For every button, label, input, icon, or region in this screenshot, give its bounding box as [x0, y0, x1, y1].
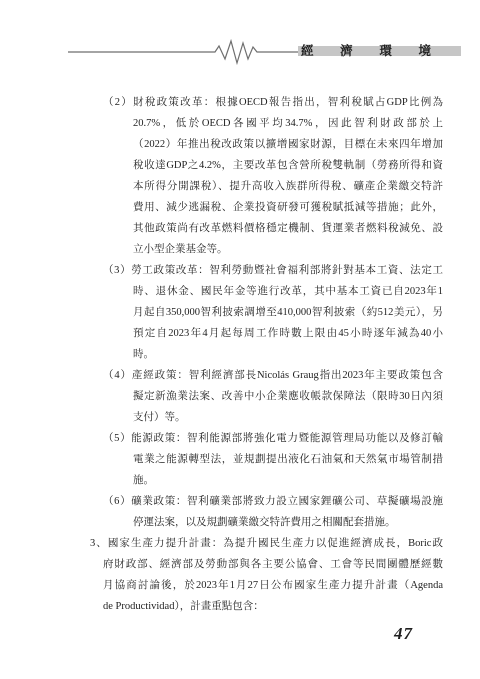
text-line: 施。 [68, 470, 443, 491]
text-line: 費用、減少逃漏稅、企業投資研發可獲稅賦抵減等措施；此外， [68, 197, 443, 218]
text-line: 本所得分開課稅）、提升高收入族群所得稅、礦產企業繳交特許 [68, 176, 443, 197]
text-line: 停運法案，以及規劃礦業繳交特許費用之相關配套措施。 [68, 512, 443, 533]
section-title-char: 濟 [340, 46, 353, 56]
document-page: 經 濟 環 境 （2）財稅政策改革：根據OECD報告指出，智利稅賦占GDP比例為… [0, 0, 480, 679]
text-line: （4）產經政策：智利經濟部長Nicolás Graug指出2023年主要政策包含 [68, 365, 443, 386]
text-line: 時、退休金、國民年金等進行改革，其中基本工資已自2023年1 [68, 281, 443, 302]
text-line: 其他政策尚有改革燃料價格穩定機制、貨運業者燃料稅減免、設 [68, 218, 443, 239]
section-title-char: 境 [418, 46, 431, 56]
text-line: de Productividad），計畫重點包含： [68, 596, 443, 617]
text-line: 3、國家生產力提升計畫：為提升國民生產力以促進經濟成長，Boric政 [68, 533, 443, 554]
section-title-char: 經 [301, 46, 314, 56]
text-line: 立小型企業基金等。 [68, 239, 443, 260]
text-line: 20.7%，低於OECD各國平均34.7%，因此智利財政部於上 [68, 113, 443, 134]
text-line: （2）財稅政策改革：根據OECD報告指出，智利稅賦占GDP比例為 [68, 92, 443, 113]
section-title-bar: 經 濟 環 境 [298, 46, 461, 56]
text-line: 支付）等。 [68, 407, 443, 428]
text-line: （5）能源政策：智利能源部將強化電力暨能源管理局功能以及修訂輸 [68, 428, 443, 449]
text-line: 擬定新漁業法案、改善中小企業應收帳款保障法（限時30日內須 [68, 386, 443, 407]
text-line: 稅收達GDP之4.2%，主要改革包含營所稅雙軌制（勞務所得和資 [68, 155, 443, 176]
text-line: （2022）年推出稅改政策以擴增國家財源，目標在未來四年增加 [68, 134, 443, 155]
section-title-char: 環 [379, 46, 392, 56]
header-rule-waveform-icon [68, 38, 300, 66]
text-line: 月起自350,000智利披索調增至410,000智利披索（約512美元），另 [68, 302, 443, 323]
text-line: 時。 [68, 344, 443, 365]
text-line: （6）礦業政策：智利礦業部將致力設立國家鋰礦公司、草擬礦場設施 [68, 491, 443, 512]
text-line: 電業之能源轉型法，並規劃提出液化石油氣和天然氣市場管制措 [68, 449, 443, 470]
text-line: （3）勞工政策改革：智利勞動暨社會福利部將針對基本工資、法定工 [68, 260, 443, 281]
page-number: 47 [394, 624, 413, 644]
document-body: （2）財稅政策改革：根據OECD報告指出，智利稅賦占GDP比例為 20.7%，低… [68, 92, 443, 617]
text-line: 府財政部、經濟部及勞動部與各主要公協會、工會等民間團體歷經數 [68, 554, 443, 575]
text-line: 預定自2023年4月起每周工作時數上限由45小時逐年減為40小 [68, 323, 443, 344]
text-line: 月協商討論後，於2023年1月27日公布國家生產力提升計畫（Agenda [68, 575, 443, 596]
